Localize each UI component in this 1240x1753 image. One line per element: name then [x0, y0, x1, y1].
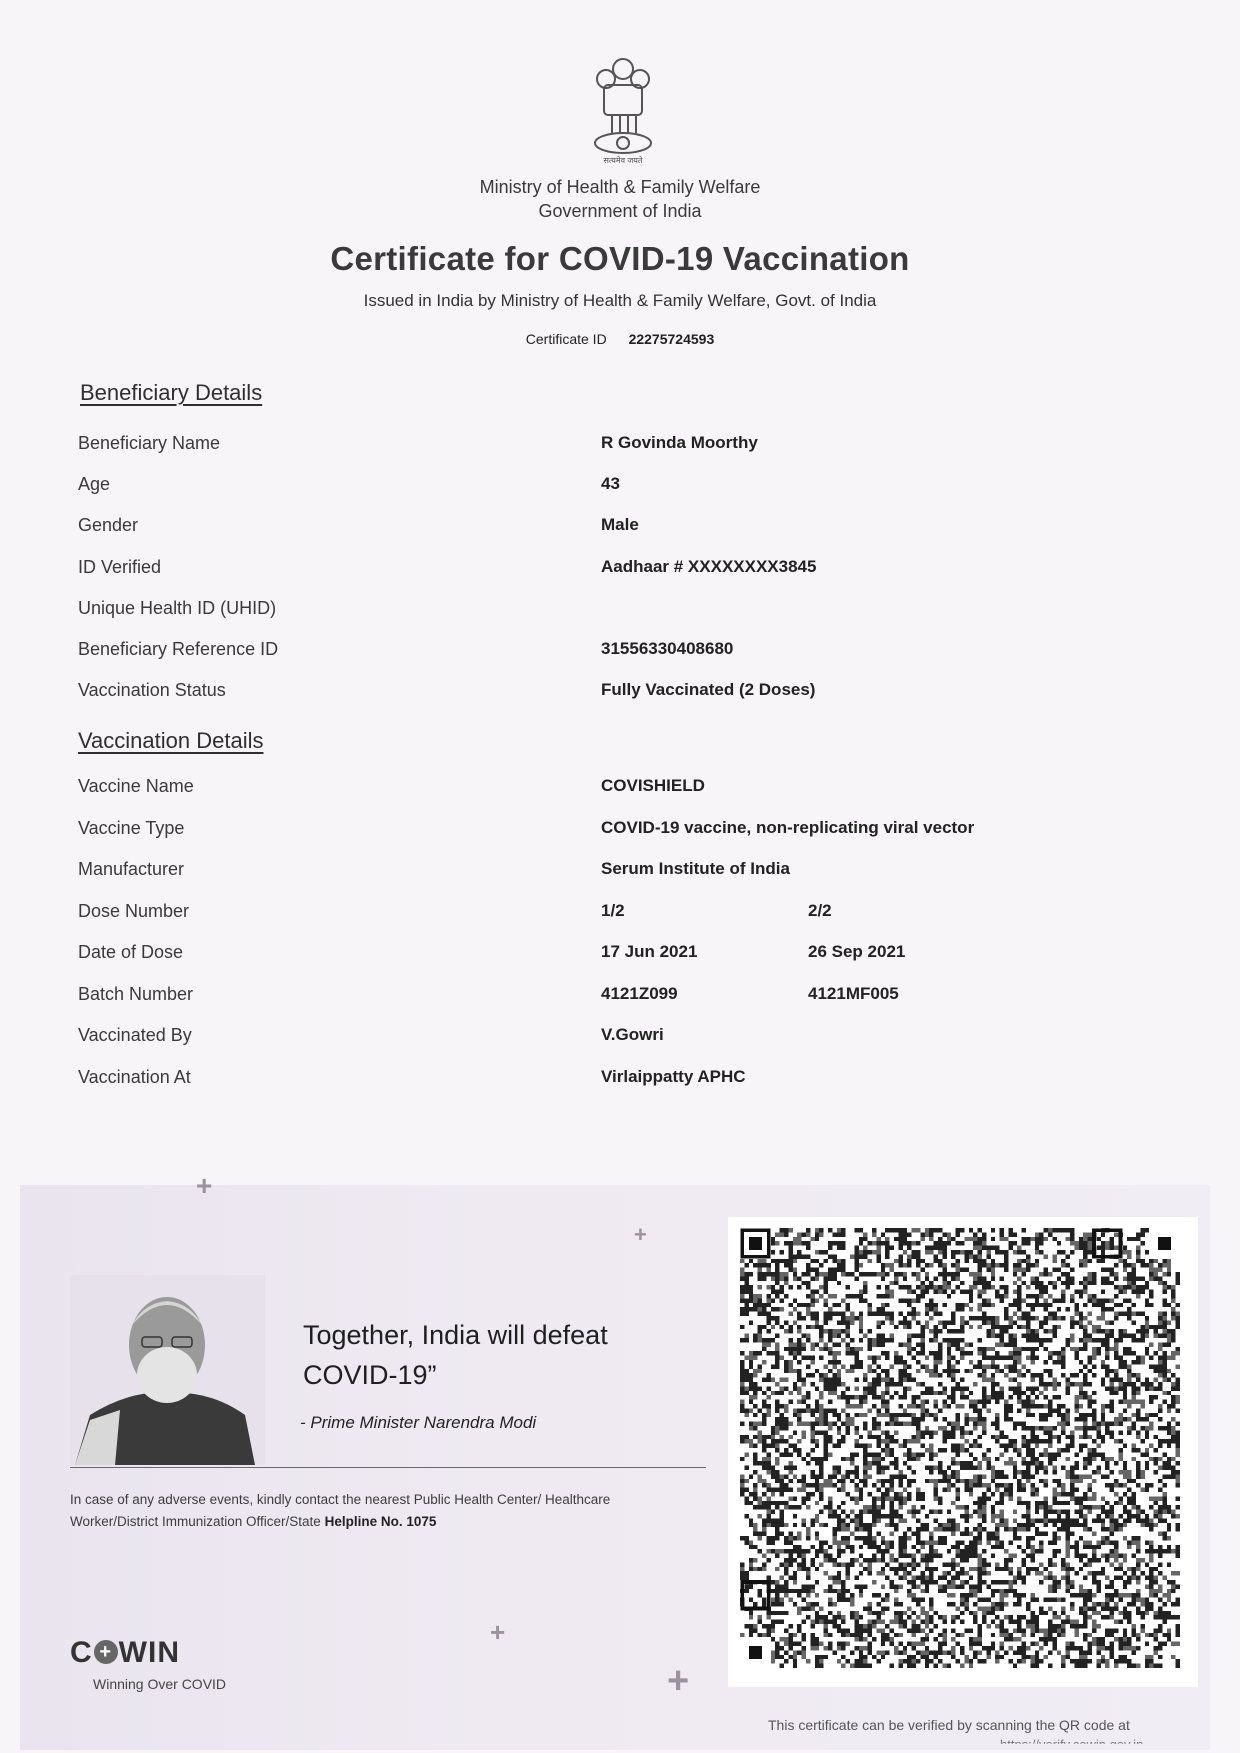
detail-label: Batch Number: [78, 984, 193, 1005]
qr-code[interactable]: [740, 1228, 1180, 1668]
verify-instructions: This certificate can be verified by scan…: [768, 1717, 1130, 1733]
plus-decoration-icon: +: [490, 1617, 505, 1648]
certificate-id-value: 22275724593: [629, 331, 715, 347]
detail-value: COVID-19 vaccine, non-replicating viral …: [601, 818, 974, 838]
vaccination-details-heading: Vaccination Details: [78, 728, 263, 754]
detail-row: Date of Dose17 Jun 202126 Sep 2021: [78, 942, 1078, 972]
detail-label: Age: [78, 474, 110, 495]
plus-decoration-icon: +: [634, 1222, 647, 1248]
detail-value: 1/2: [601, 901, 625, 921]
detail-row: Dose Number1/22/2: [78, 901, 1078, 931]
certificate-id: Certificate ID 22275724593: [0, 331, 1240, 347]
cowin-tagline: Winning Over COVID: [93, 1676, 226, 1692]
detail-value: 4121Z099: [601, 984, 678, 1004]
detail-label: Manufacturer: [78, 859, 184, 880]
detail-label: ID Verified: [78, 557, 161, 578]
medical-cross-icon: +: [94, 1640, 118, 1664]
detail-value-dose-2: 26 Sep 2021: [808, 942, 905, 962]
detail-value: 31556330408680: [601, 639, 733, 659]
detail-label: Vaccination Status: [78, 680, 226, 701]
government-line: Government of India: [0, 199, 1240, 223]
ministry-line: Ministry of Health & Family Welfare: [0, 175, 1240, 199]
detail-value: 43: [601, 474, 620, 494]
detail-value-dose-2: 4121MF005: [808, 984, 899, 1004]
detail-label: Vaccinated By: [78, 1025, 192, 1046]
detail-label: Vaccination At: [78, 1067, 191, 1088]
detail-row: ID VerifiedAadhaar # XXXXXXXX3845: [78, 557, 1078, 587]
detail-label: Vaccine Type: [78, 818, 184, 839]
detail-row: Vaccination AtVirlaippatty APHC: [78, 1067, 1078, 1097]
issued-by: Issued in India by Ministry of Health & …: [0, 291, 1240, 311]
quote-attribution: - Prime Minister Narendra Modi: [300, 1413, 536, 1433]
quote-text: Together, India will defeat COVID-19”: [303, 1315, 608, 1395]
detail-row: Batch Number4121Z0994121MF005: [78, 984, 1078, 1014]
detail-row: Beneficiary Reference ID31556330408680: [78, 639, 1078, 669]
detail-value-dose-2: 2/2: [808, 901, 832, 921]
adverse-events-notice: In case of any adverse events, kindly co…: [70, 1489, 690, 1533]
detail-row: Age43: [78, 474, 1078, 504]
detail-row: Unique Health ID (UHID): [78, 598, 1078, 628]
detail-value: 17 Jun 2021: [601, 942, 697, 962]
detail-value: Fully Vaccinated (2 Doses): [601, 680, 815, 700]
beneficiary-details-heading: Beneficiary Details: [80, 380, 262, 406]
detail-row: GenderMale: [78, 515, 1078, 545]
detail-row: Beneficiary NameR Govinda Moorthy: [78, 433, 1078, 463]
detail-value: Aadhaar # XXXXXXXX3845: [601, 557, 816, 577]
certificate-id-label: Certificate ID: [526, 331, 607, 347]
detail-value: R Govinda Moorthy: [601, 433, 758, 453]
detail-value: V.Gowri: [601, 1025, 664, 1045]
national-emblem-icon: सत्यमेव जयते: [588, 55, 658, 170]
plus-decoration-icon: +: [196, 1170, 212, 1202]
detail-row: ManufacturerSerum Institute of India: [78, 859, 1078, 889]
divider: [70, 1467, 706, 1468]
detail-label: Beneficiary Name: [78, 433, 220, 454]
logo-letters: WIN: [119, 1636, 180, 1669]
quote-line: COVID-19”: [303, 1355, 608, 1395]
detail-value: Serum Institute of India: [601, 859, 790, 879]
detail-value: Virlaippatty APHC: [601, 1067, 746, 1087]
ministry-heading: Ministry of Health & Family Welfare Gove…: [0, 175, 1240, 223]
detail-label: Vaccine Name: [78, 776, 194, 797]
certificate-title: Certificate for COVID-19 Vaccination: [0, 240, 1240, 278]
detail-value: Male: [601, 515, 639, 535]
detail-value: COVISHIELD: [601, 776, 705, 796]
detail-label: Date of Dose: [78, 942, 183, 963]
prime-minister-photo: [70, 1275, 265, 1465]
quote-line: Together, India will defeat: [303, 1315, 608, 1355]
helpline-number: Helpline No. 1075: [325, 1514, 437, 1529]
detail-row: Vaccinated ByV.Gowri: [78, 1025, 1078, 1055]
svg-text:सत्यमेव जयते: सत्यमेव जयते: [604, 155, 643, 165]
detail-label: Dose Number: [78, 901, 189, 922]
detail-row: Vaccine NameCOVISHIELD: [78, 776, 1078, 806]
detail-label: Beneficiary Reference ID: [78, 639, 278, 660]
detail-label: Gender: [78, 515, 138, 536]
logo-letter: C: [70, 1636, 93, 1669]
cowin-logo: C+WIN: [70, 1636, 180, 1670]
detail-row: Vaccination StatusFully Vaccinated (2 Do…: [78, 680, 1078, 710]
plus-decoration-icon: +: [667, 1660, 689, 1703]
detail-row: Vaccine TypeCOVID-19 vaccine, non-replic…: [78, 818, 1078, 848]
detail-label: Unique Health ID (UHID): [78, 598, 276, 619]
